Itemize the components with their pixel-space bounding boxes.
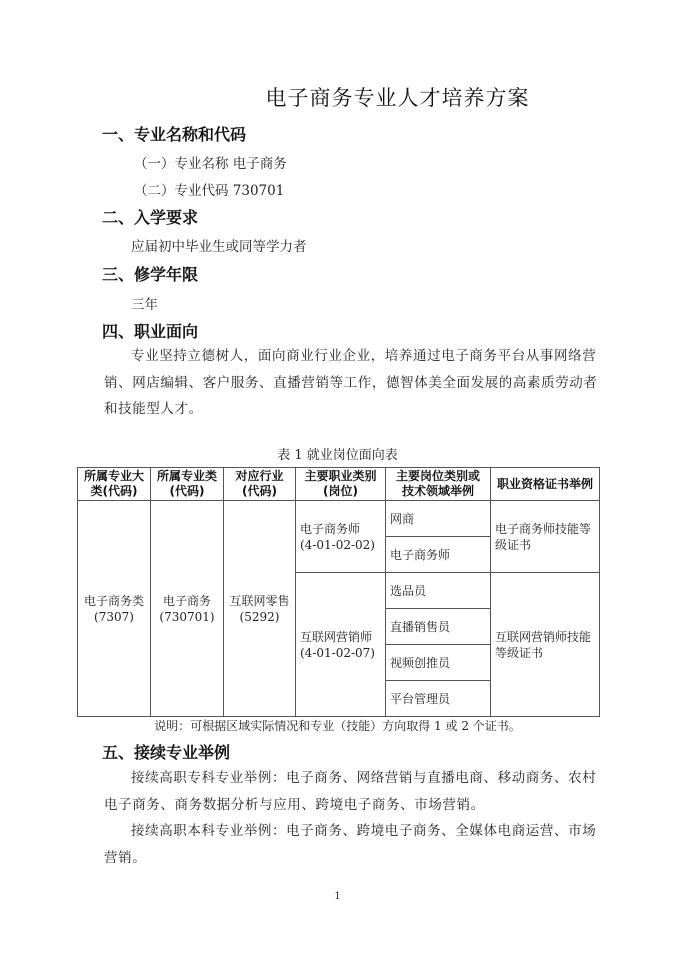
document-title: 电子商务专业人才培养方案 <box>0 82 675 112</box>
section-heading-duration: 三、修学年限 <box>102 262 198 285</box>
cell-position: 直播销售员 <box>386 609 491 645</box>
admission-text: 应届初中毕业生或同等学力者 <box>131 235 307 255</box>
cell-text: 电子商务 <box>163 594 211 608</box>
major-name-item: （一）专业名称 电子商务 <box>134 152 287 172</box>
header-industry: 对应行业(代码) <box>224 468 296 501</box>
major-code-item: （二）专业代码 730701 <box>134 179 284 199</box>
header-text: 所属专业类 <box>157 469 217 483</box>
section-heading-continuing-majors: 五、接续专业举例 <box>102 740 230 763</box>
cell-text: 电子商务师 <box>300 522 360 536</box>
header-text: 对应行业 <box>235 469 283 483</box>
cell-text: 互联网营销师 <box>300 630 372 644</box>
header-certificate: 职业资格证书举例 <box>491 468 600 501</box>
cell-position: 电子商务师 <box>386 537 491 573</box>
section-heading-career-orientation: 四、职业面向 <box>102 319 198 342</box>
cell-certificate: 电子商务师技能等级证书 <box>491 501 600 573</box>
table-caption: 表 1 就业岗位面向表 <box>0 444 675 463</box>
header-text: 所属专业大 <box>84 469 144 483</box>
cell-occupation: 互联网营销师(4-01-02-07) <box>296 573 386 717</box>
cell-text: (730701) <box>159 610 214 624</box>
cell-text: (4-01-02-07) <box>300 646 375 660</box>
section-heading-admission: 二、入学要求 <box>102 205 198 228</box>
cell-text: (5292) <box>240 610 280 624</box>
cell-occupation: 电子商务师(4-01-02-02) <box>296 501 386 573</box>
header-text: 主要职业类别 <box>304 469 376 483</box>
continuing-vocational-college-text: 接续高职专科专业举例：电子商务、网络营销与直播电商、移动商务、农村电子商务、商务… <box>104 765 600 818</box>
cell-position: 平台管理员 <box>386 681 491 717</box>
header-text: 职业资格证书举例 <box>497 477 593 491</box>
cell-text: (4-01-02-02) <box>300 538 375 552</box>
duration-text: 三年 <box>131 293 158 313</box>
header-major-class: 所属专业类(代码) <box>151 468 224 501</box>
cell-major-class: 电子商务(730701) <box>151 501 224 717</box>
continuing-undergraduate-text: 接续高职本科专业举例：电子商务、跨境电子商务、全媒体电商运营、市场营销。 <box>104 818 600 871</box>
section-heading-major-name-code: 一、专业名称和代码 <box>102 122 246 145</box>
header-text: 主要岗位类别或 <box>396 469 480 483</box>
cell-text: (7307) <box>94 610 134 624</box>
career-orientation-text: 专业坚持立德树人，面向商业行业企业，培养通过电子商务平台从事网络营销、网店编辑、… <box>104 343 600 423</box>
header-major-category: 所属专业大类(代码) <box>78 468 151 501</box>
table-note: 说明：可根据区域实际情况和专业（技能）方向取得 1 或 2 个证书。 <box>0 717 675 734</box>
header-text: 类(代码) <box>91 484 138 498</box>
header-occupation: 主要职业类别(岗位) <box>296 468 386 501</box>
header-text: (代码) <box>242 484 277 498</box>
cell-position: 视频创推员 <box>386 645 491 681</box>
cell-certificate: 互联网营销师技能等级证书 <box>491 573 600 717</box>
cell-major-category: 电子商务类(7307) <box>78 501 151 717</box>
page-number: 1 <box>0 891 675 902</box>
table-header-row: 所属专业大类(代码) 所属专业类(代码) 对应行业(代码) 主要职业类别(岗位)… <box>78 468 600 501</box>
table-row: 电子商务类(7307) 电子商务(730701) 互联网零售(5292) 电子商… <box>78 501 600 537</box>
cell-text: 互联网零售 <box>229 594 289 608</box>
employment-position-table: 所属专业大类(代码) 所属专业类(代码) 对应行业(代码) 主要职业类别(岗位)… <box>77 467 600 717</box>
cell-industry: 互联网零售(5292) <box>224 501 296 717</box>
cell-position: 选品员 <box>386 573 491 609</box>
header-text: 技术领域举例 <box>402 484 474 498</box>
header-text: (岗位) <box>323 484 358 498</box>
cell-position: 网商 <box>386 501 491 537</box>
cell-text: 电子商务类 <box>84 594 144 608</box>
header-position: 主要岗位类别或技术领域举例 <box>386 468 491 501</box>
header-text: (代码) <box>170 484 205 498</box>
